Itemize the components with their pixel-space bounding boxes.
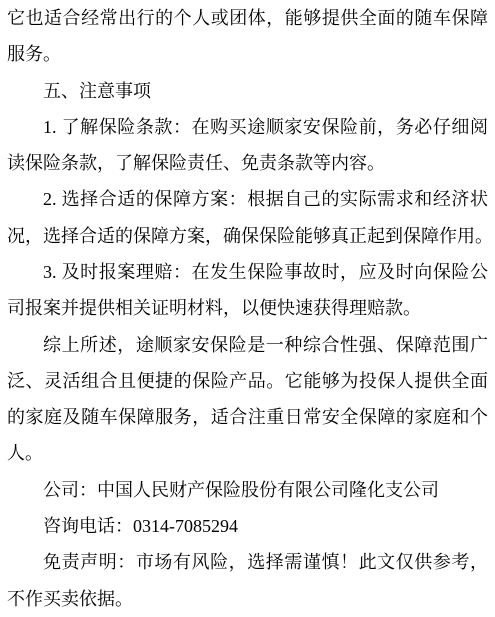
document-line: 它也适合经常出行的个人或团体，能够提供全面的随车保障 (7, 0, 488, 36)
document-line: 读保险条款，了解保险责任、免责条款等内容。 (7, 145, 488, 181)
document-line: 综上所述，途顺家安保险是一种综合性强、保障范围广 (7, 327, 488, 363)
document-line: 司报案并提供相关证明材料，以便快速获得理赔款。 (7, 290, 488, 326)
document-line: 服务。 (7, 36, 488, 72)
document-page: 它也适合经常出行的个人或团体，能够提供全面的随车保障 服务。 五、注意事项 1.… (0, 0, 495, 617)
document-line: 1. 了解保险条款：在购买途顺家安保险前，务必仔细阅 (7, 109, 488, 145)
document-line: 人。 (7, 435, 488, 471)
document-line: 3. 及时报案理赔：在发生保险事故时，应及时向保险公 (7, 254, 488, 290)
disclaimer-line: 不作买卖依据。 (7, 581, 488, 617)
document-line: 2. 选择合适的保障方案：根据自己的实际需求和经济状 (7, 181, 488, 217)
document-line: 况，选择合适的保障方案，确保保险能够真正起到保障作用。 (7, 218, 488, 254)
document-line: 的家庭及随车保障服务，适合注重日常安全保障的家庭和个 (7, 399, 488, 435)
section-heading: 五、注意事项 (7, 73, 488, 109)
disclaimer-line: 免责声明：市场有风险，选择需谨慎！此文仅供参考， (7, 544, 488, 580)
company-line: 公司：中国人民财产保险股份有限公司隆化支公司 (7, 472, 488, 508)
phone-line: 咨询电话：0314-7085294 (7, 508, 488, 544)
document-line: 泛、灵活组合且便捷的保险产品。它能够为投保人提供全面 (7, 363, 488, 399)
